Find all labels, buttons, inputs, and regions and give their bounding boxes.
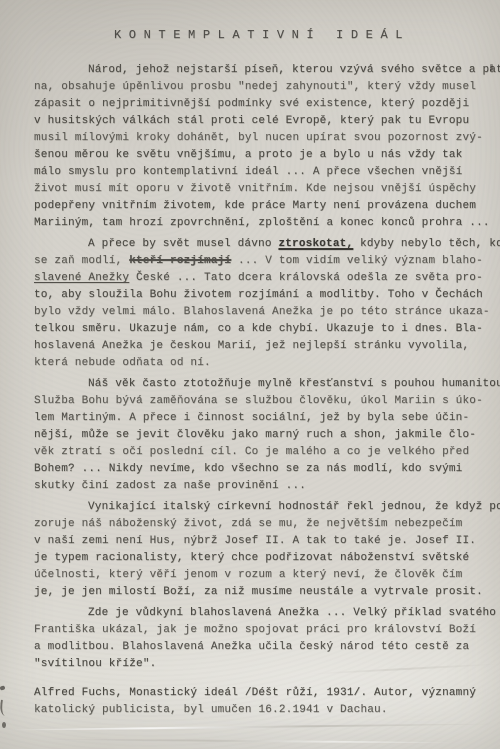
text-line: Alfred Fuchs, Monastický ideál /Déšt růž… xyxy=(34,685,500,702)
text-line: v husitských válkách stál proti celé Evr… xyxy=(34,113,500,130)
text-line: a modlitbou. Blahoslavená Anežka učila č… xyxy=(34,639,500,656)
document-content: K O N T E M P L A T I V N Í I D E Á L Ná… xyxy=(0,0,500,749)
text-line: hoslavená Anežka je českou Marií, jež ne… xyxy=(34,338,500,355)
text-line: podepřeny vnitřním životem, kde práce Ma… xyxy=(34,198,500,215)
margin-mark xyxy=(0,700,10,717)
text-line: A přece by svět musel dávno ztroskotat, … xyxy=(34,236,500,253)
text-segment: kdyby nebylo těch, kdož xyxy=(353,238,500,250)
text-line: účelnosti, který věří jenom v rozum a kt… xyxy=(34,567,500,584)
text-line: to, aby sloužila Bohu životem rozjímání … xyxy=(34,287,500,304)
text-line: věk ztratí s očí poslední cíl. Co je mal… xyxy=(34,444,500,461)
source-note: Alfred Fuchs, Monastický ideál /Déšt růž… xyxy=(34,685,500,719)
paragraph-4: Vynikající italský církevní hodnostář ře… xyxy=(34,499,500,601)
margin-mark xyxy=(490,64,493,71)
text-segment: České ... Tato dcera královská odešla ze… xyxy=(129,272,483,284)
paragraph-2: A přece by svět musel dávno ztroskotat, … xyxy=(34,236,500,372)
text-line: která nebude odňata od ní. xyxy=(34,355,500,372)
text-line: lem Martiným. A přece i činnost sociální… xyxy=(34,410,500,427)
text-line: slavené Anežky České ... Tato dcera král… xyxy=(34,270,500,287)
document-title: K O N T E M P L A T I V N Í I D E Á L xyxy=(114,28,500,42)
text-line: Mariiným, tam hrozí zpovrchnění, zploště… xyxy=(34,215,500,232)
margin-mark xyxy=(2,722,6,728)
text-line: nější, může se jevit člověku jako marný … xyxy=(34,427,500,444)
document-page: K O N T E M P L A T I V N Í I D E Á L Ná… xyxy=(0,0,500,749)
text-line: Františka ukázal, jak je možno spojovat … xyxy=(34,622,500,639)
text-line: bylo vždy velmi málo. Blahoslavená Anežk… xyxy=(34,304,500,321)
underlined-word: ztroskotat, xyxy=(278,238,353,250)
text-line: málo smyslu pro kontemplativní ideál ...… xyxy=(34,164,500,181)
text-line: Náš věk často ztotožňuje mylně křesťanst… xyxy=(34,376,500,393)
text-line: na, obsahuje úpěnlivou prosbu "nedej zah… xyxy=(34,79,500,96)
document-body: Národ, jehož nejstarší píseň, kterou vzý… xyxy=(34,62,500,719)
text-segment: A přece by svět musel dávno xyxy=(88,238,278,250)
text-line: "svítilnou kříže". xyxy=(34,656,500,673)
underlined-word: slavené Anežky xyxy=(34,272,129,284)
text-segment: ... V tom vidím veliký význam blaho- xyxy=(231,255,483,267)
text-line: je, je jen milostí Boží, za niž musíme n… xyxy=(34,584,500,601)
paragraph-5: Zde je vůdkyní blahoslavená Anežka ... V… xyxy=(34,605,500,673)
text-line: zoruje náš náboženský život, zdá se mu, … xyxy=(34,516,500,533)
text-line: se zaň modlí, kteří rozjímají ... V tom … xyxy=(34,253,500,270)
text-line: telkou směru. Ukazuje nám, co a kde chyb… xyxy=(34,321,500,338)
text-line: šenou měrou ke světu vnějšímu, a proto j… xyxy=(34,147,500,164)
text-segment: se zaň modlí, xyxy=(34,255,129,267)
text-line: Vynikající italský církevní hodnostář ře… xyxy=(34,499,500,516)
text-line: Služba Bohu bývá zaměňována se službou č… xyxy=(34,393,500,410)
paragraph-1: Národ, jehož nejstarší píseň, kterou vzý… xyxy=(34,62,500,232)
text-line: Bohem? ... Nikdy nevíme, kdo všechno se … xyxy=(34,461,500,478)
text-line: je typem racionalisty, který chce podřiz… xyxy=(34,550,500,567)
text-line: zápasit o nejprimitivnější podmínky své … xyxy=(34,96,500,113)
paragraph-3: Náš věk často ztotožňuje mylně křesťanst… xyxy=(34,376,500,495)
text-line: Zde je vůdkyní blahoslavená Anežka ... V… xyxy=(34,605,500,622)
text-line: v naší zemi není Hus, nýbrž Josef II. A … xyxy=(34,533,500,550)
struck-phrase: kteří rozjímají xyxy=(129,255,231,267)
text-line: skutky činí zadost za naše provinění ... xyxy=(34,478,500,495)
text-line: Národ, jehož nejstarší píseň, kterou vzý… xyxy=(34,62,500,79)
text-line: katolický publicista, byl umučen 16.2.19… xyxy=(34,702,500,719)
text-line: život musí mít oporu v životě vnitřním. … xyxy=(34,181,500,198)
text-line: musil mílovými kroky dohánět, byl nucen … xyxy=(34,130,500,147)
